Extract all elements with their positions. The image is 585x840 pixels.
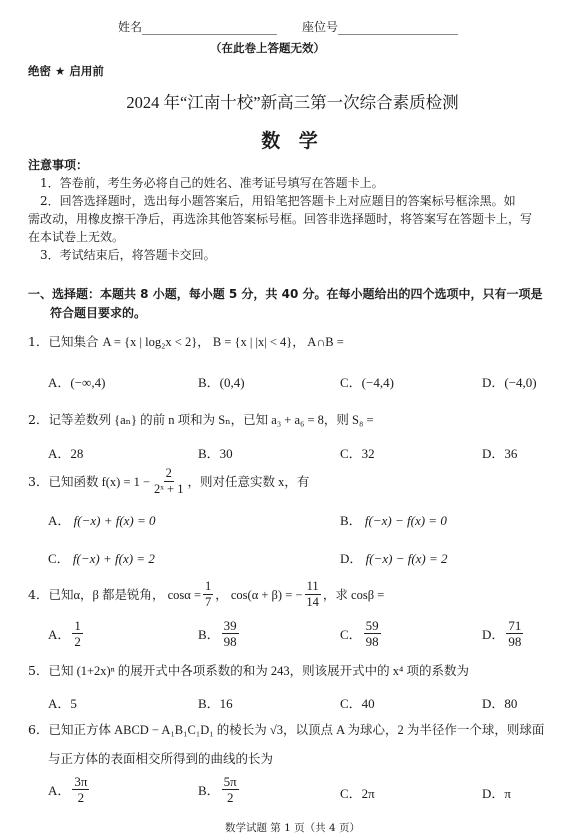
q1-option-a: A．(−∞,4) xyxy=(48,372,105,391)
q1-option-d: D．(−4,0) xyxy=(482,372,537,391)
question-1: 1．已知集合 A = {x | log₂x < 2}， B = {x | |x|… xyxy=(28,334,344,350)
q6-option-d: D．π xyxy=(482,783,511,802)
seat-blank xyxy=(338,34,458,35)
q2-option-a: A．28 xyxy=(48,443,83,462)
question-stem: 已知正方体 ABCD − A₁B₁C₁D₁ 的棱长为 √3，以顶点 A 为球心，… xyxy=(48,723,544,737)
question-number: 5． xyxy=(28,663,48,678)
notice-item-3: 3．考试结束后，将答题卡交回。 xyxy=(28,246,573,264)
question-number: 3． xyxy=(28,474,48,490)
q1-option-b: B．(0,4) xyxy=(198,372,245,391)
question-number: 2． xyxy=(28,412,48,427)
question-stem: 已知 (1+2x)ⁿ 的展开式中各项系数的和为 243，则该展开式中的 x⁴ 项… xyxy=(48,664,469,678)
q5-option-a: A．5 xyxy=(48,693,77,712)
section-heading: 一、选择题：本题共 8 小题，每小题 5 分，共 40 分。在每小题给出的四个选… xyxy=(28,285,542,323)
q3-option-d: D． f(−x) − f(x) = 2 xyxy=(340,548,448,567)
fraction: 1114 xyxy=(304,579,321,610)
notice-item-2-cont: 需改动，用橡皮擦干净后，再选涂其他答案标号框。回答非选择题时，将答案写在答题卡上… xyxy=(28,210,573,228)
q2-option-d: D．36 xyxy=(482,443,517,462)
question-math: A = {x | log₂x < 2}， B = {x | |x| < 4}， … xyxy=(102,335,343,349)
q6-option-b: B．5π2 xyxy=(198,774,241,805)
question-stem: 记等差数列 {aₙ} 的前 n 项和为 Sₙ，已知 a₃ + a₆ = 8，则 … xyxy=(48,413,373,427)
seat-label: 座位号 xyxy=(302,20,338,34)
q3-option-b: B． f(−x) − f(x) = 0 xyxy=(340,510,447,529)
q4-option-b: B．3998 xyxy=(198,618,241,649)
q6-option-a: A．3π2 xyxy=(48,774,91,805)
exam-title: 2024 年“江南十校”新高三第一次综合素质检测 xyxy=(0,89,585,113)
q1-option-c: C．(−4,4) xyxy=(340,372,394,391)
q3-option-a: A． f(−x) + f(x) = 0 xyxy=(48,510,156,529)
question-number: 6． xyxy=(28,722,48,737)
notice-item-2-end: 在本试卷上无效。 xyxy=(28,228,573,246)
notice-section: 注意事项： 1．答卷前，考生务必将自己的姓名、准考证号填写在答题卡上。 2．回答… xyxy=(28,156,573,264)
secret-label: 绝密 ★ 启用前 xyxy=(28,63,104,79)
question-5: 5．已知 (1+2x)ⁿ 的展开式中各项系数的和为 243，则该展开式中的 x⁴… xyxy=(28,663,469,679)
q4-option-a: A．12 xyxy=(48,618,85,649)
question-stem: 已知α，β 都是锐角， cosα = xyxy=(48,587,201,603)
question-stem: 已知集合 xyxy=(48,334,98,349)
q5-option-d: D．80 xyxy=(482,693,517,712)
q4-option-c: C．5998 xyxy=(340,618,383,649)
question-6-cont: 与正方体的表面相交所得到的曲线的长为 xyxy=(48,751,273,767)
q5-option-c: C．40 xyxy=(340,693,375,712)
question-stem: 已知函数 f(x) = 1 − xyxy=(48,474,150,490)
page-footer: 数学试题 第 1 页（共 4 页） xyxy=(0,820,585,835)
question-2: 2．记等差数列 {aₙ} 的前 n 项和为 Sₙ，已知 a₃ + a₆ = 8，… xyxy=(28,412,374,428)
q2-option-c: C．32 xyxy=(340,443,375,462)
q2-option-b: B．30 xyxy=(198,443,233,462)
question-3: 3．已知函数 f(x) = 1 − 22ˣ + 1 ，则对任意实数 x，有 xyxy=(28,466,309,497)
notice-item-1: 1．答卷前，考生务必将自己的姓名、准考证号填写在答题卡上。 xyxy=(28,174,573,192)
seat-field: 座位号 xyxy=(302,18,458,35)
notice-title: 注意事项： xyxy=(28,156,573,174)
invalid-note: （在此卷上答题无效） xyxy=(210,40,325,56)
q6-option-c: C．2π xyxy=(340,783,375,802)
question-number: 1． xyxy=(28,334,48,349)
notice-item-2: 2．回答选择题时，选出每小题答案后，用铅笔把答题卡上对应题目的答案标号框涂黑。如 xyxy=(28,192,573,210)
name-label: 姓名 xyxy=(118,20,142,34)
q4-option-d: D．7198 xyxy=(482,618,525,649)
section-heading-line1: 一、选择题：本题共 8 小题，每小题 5 分，共 40 分。在每小题给出的四个选… xyxy=(28,285,542,304)
section-heading-line2: 符合题目要求的。 xyxy=(28,304,542,323)
name-blank xyxy=(142,34,277,35)
question-stem-suffix: ，则对任意实数 x，有 xyxy=(187,474,309,490)
question-number: 4． xyxy=(28,587,48,603)
q3-option-c: C． f(−x) + f(x) = 2 xyxy=(48,548,155,567)
subject-title: 数 学 xyxy=(0,126,585,153)
name-field: 姓名 xyxy=(118,18,277,35)
fraction: 17 xyxy=(203,579,213,610)
question-6: 6．已知正方体 ABCD − A₁B₁C₁D₁ 的棱长为 √3，以顶点 A 为球… xyxy=(28,722,544,738)
fraction: 22ˣ + 1 xyxy=(152,466,185,497)
q5-option-b: B．16 xyxy=(198,693,233,712)
question-4: 4．已知α，β 都是锐角， cosα = 17 ， cos(α + β) = −… xyxy=(28,579,384,610)
